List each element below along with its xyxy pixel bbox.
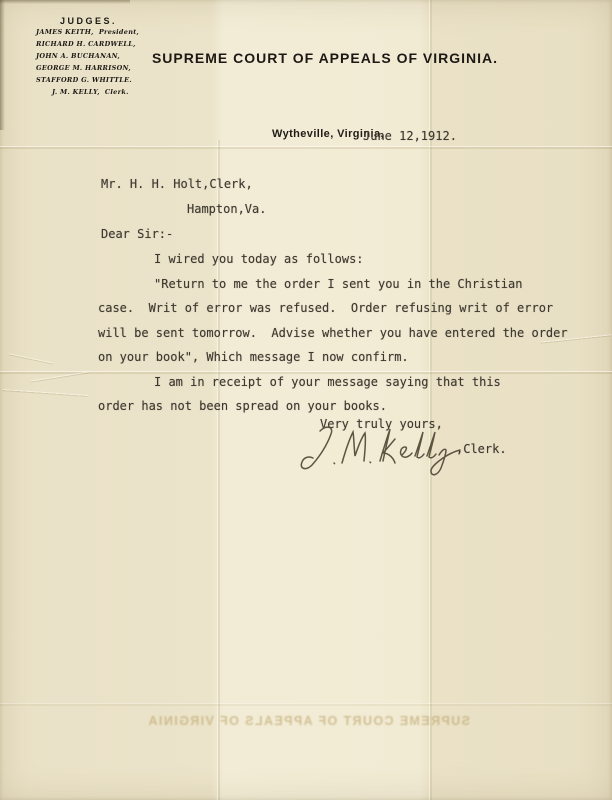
body-line: case. Writ of error was refused. Order r… xyxy=(98,300,578,325)
judge-name: STAFFORD G. WHITTLE. xyxy=(36,75,166,87)
judge-name: RICHARD H. CARDWELL, xyxy=(36,39,166,51)
judge-name: JOHN A. BUCHANAN, xyxy=(36,51,166,63)
letter-body: I wired you today as follows: "Return to… xyxy=(98,251,578,423)
judges-heading: JUDGES. xyxy=(60,16,166,26)
salutation: Dear Sir:- xyxy=(101,227,173,241)
paper-wrinkle xyxy=(2,389,88,397)
recipient-name-line: Mr. H. H. Holt,Clerk, xyxy=(101,177,253,191)
fold-crease-horizontal-top xyxy=(0,146,612,149)
ink-transfer-ghost: SUPREME COURT OF APPEALS OF VIRGINIA xyxy=(150,714,470,728)
handwritten-signature: J. M. Kelly xyxy=(298,423,468,478)
letter-page: JUDGES. JAMES KEITH, President, RICHARD … xyxy=(0,0,612,800)
clerk-name: J. M. KELLY, Clerk. xyxy=(52,87,166,99)
body-line: I am in receipt of your message saying t… xyxy=(98,374,578,399)
body-line: will be sent tomorrow. Advise whether yo… xyxy=(98,325,578,350)
court-title: SUPREME COURT OF APPEALS OF VIRGINIA. xyxy=(150,50,500,66)
paper-wrinkle xyxy=(8,353,53,365)
body-line: on your book", Which message I now confi… xyxy=(98,349,578,374)
judge-name: GEORGE M. HARRISON, xyxy=(36,63,166,75)
body-line: I wired you today as follows: xyxy=(98,251,578,276)
paper-wrinkle xyxy=(30,371,90,382)
judge-name: JAMES KEITH, President, xyxy=(36,27,166,39)
signature-ink-strokes xyxy=(298,423,468,478)
dateline-date: June 12,1912. xyxy=(363,129,457,143)
signature-title-suffix: ,Clerk. xyxy=(456,442,507,456)
fold-crease-horizontal-bottom xyxy=(0,703,612,706)
fold-crease-vertical-left xyxy=(217,140,220,800)
judges-letterhead-block: JUDGES. JAMES KEITH, President, RICHARD … xyxy=(36,16,166,98)
body-line: "Return to me the order I sent you in th… xyxy=(98,276,578,301)
recipient-city-line: Hampton,Va. xyxy=(187,202,266,216)
